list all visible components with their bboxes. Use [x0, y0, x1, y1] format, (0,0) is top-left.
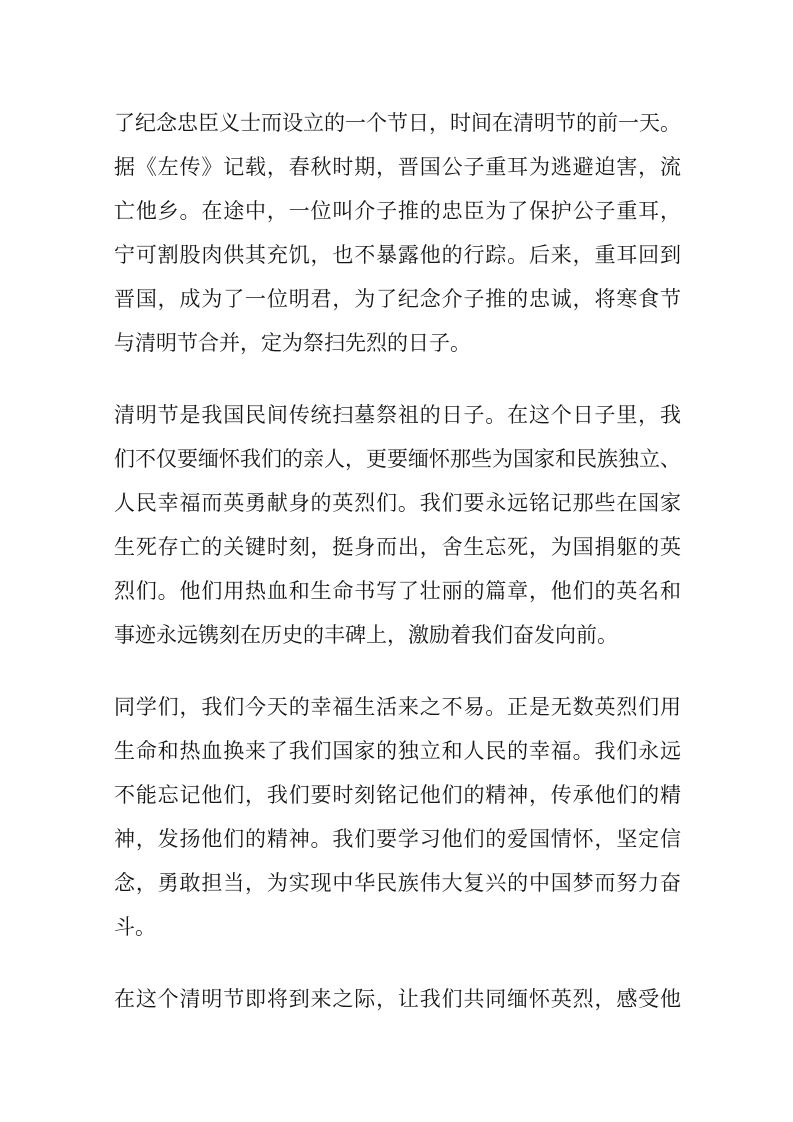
- text-line: 生死存亡的关键时刻，挺身而出，舍生忘死，为国捐躯的英: [114, 526, 681, 570]
- paragraph: 清明节是我国民间传统扫墓祭祖的日子。在这个日子里，我们不仅要缅怀我们的亲人，更要…: [114, 394, 681, 658]
- document-body: 了纪念忠臣义士而设立的一个节日，时间在清明节的前一天。据《左传》记载，春秋时期，…: [114, 102, 681, 1022]
- text-line: 生命和热血换来了我们国家的独立和人民的幸福。我们永远: [114, 730, 681, 774]
- text-line: 神，发扬他们的精神。我们要学习他们的爱国情怀，坚定信: [114, 818, 681, 862]
- text-line: 人民幸福而英勇献身的英烈们。我们要永远铭记那些在国家: [114, 482, 681, 526]
- text-line: 晋国，成为了一位明君，为了纪念介子推的忠诚，将寒食节: [114, 278, 681, 322]
- text-line: 斗。: [114, 906, 681, 950]
- text-line: 念，勇敢担当，为实现中华民族伟大复兴的中国梦而努力奋: [114, 862, 681, 906]
- text-line: 在这个清明节即将到来之际，让我们共同缅怀英烈，感受他: [114, 978, 681, 1022]
- paragraph: 了纪念忠臣义士而设立的一个节日，时间在清明节的前一天。据《左传》记载，春秋时期，…: [114, 102, 681, 366]
- text-line: 与清明节合并，定为祭扫先烈的日子。: [114, 322, 681, 366]
- text-line: 据《左传》记载，春秋时期，晋国公子重耳为逃避迫害，流: [114, 146, 681, 190]
- text-line: 不能忘记他们，我们要时刻铭记他们的精神，传承他们的精: [114, 774, 681, 818]
- text-line: 清明节是我国民间传统扫墓祭祖的日子。在这个日子里，我: [114, 394, 681, 438]
- text-line: 了纪念忠臣义士而设立的一个节日，时间在清明节的前一天。: [114, 102, 681, 146]
- text-line: 亡他乡。在途中，一位叫介子推的忠臣为了保护公子重耳，: [114, 190, 681, 234]
- paragraph: 在这个清明节即将到来之际，让我们共同缅怀英烈，感受他: [114, 978, 681, 1022]
- text-line: 烈们。他们用热血和生命书写了壮丽的篇章，他们的英名和: [114, 570, 681, 614]
- paragraph: 同学们，我们今天的幸福生活来之不易。正是无数英烈们用生命和热血换来了我们国家的独…: [114, 686, 681, 950]
- text-line: 事迹永远镌刻在历史的丰碑上，激励着我们奋发向前。: [114, 614, 681, 658]
- document-page: 了纪念忠臣义士而设立的一个节日，时间在清明节的前一天。据《左传》记载，春秋时期，…: [0, 0, 793, 1122]
- text-line: 同学们，我们今天的幸福生活来之不易。正是无数英烈们用: [114, 686, 681, 730]
- text-line: 们不仅要缅怀我们的亲人，更要缅怀那些为国家和民族独立、: [114, 438, 681, 482]
- text-line: 宁可割股肉供其充饥，也不暴露他的行踪。后来，重耳回到: [114, 234, 681, 278]
